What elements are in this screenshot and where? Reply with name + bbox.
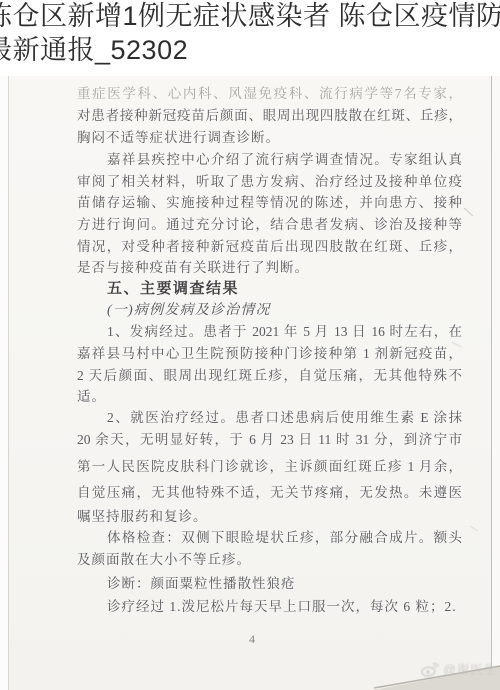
document-line: 是否与接种疫苗有关联进行了判断。 xyxy=(77,258,309,277)
page-number: 4 xyxy=(240,632,264,647)
document-line: 情况，对受种者接种新冠疫苗后出现四肢散在红斑、丘疹， xyxy=(77,237,462,256)
document-line: 嘱坚持服药和复诊。 xyxy=(77,507,208,526)
watermark-text: @谢医生 xyxy=(443,660,497,678)
document-line: 体格检查：双侧下眼睑堤状丘疹，部分融合成片。额头 xyxy=(107,528,462,547)
page-title-line1: 陈仓区新增1例无症状感染者 陈仓区疫情防控 xyxy=(0,0,500,32)
document-line: 自觉压痛，无其他特殊不适，无关节疼痛，无发热。未遵医 xyxy=(77,483,462,502)
document-line: 诊断：颜面粟粒性播散性狼疮 xyxy=(107,574,296,593)
document-line: 胸闷不适等症状进行调查诊断。 xyxy=(77,128,280,147)
document-line: 适。 xyxy=(77,387,106,406)
weibo-watermark: @谢医生 xyxy=(420,656,500,682)
page-title-line2: 最新通报_52302 xyxy=(0,34,188,66)
document-line: 嘉祥县疾控中心介绍了流行病学调查情况。专家组认真 xyxy=(107,150,462,169)
document-line: 重症医学科、心内科、风湿免疫科、流行病学等7名专家， xyxy=(77,84,462,103)
document-line: 五、主要调查结果 xyxy=(107,279,239,298)
document-line: 第一人民医院皮肤科门诊就诊，主诉颜面红斑丘疹 1 月余， xyxy=(77,457,462,476)
weibo-icon xyxy=(420,660,440,678)
document-line: 诊疗经过 1.泼尼松片每天早上口服一次，每次 6 粒；2. xyxy=(107,597,457,616)
document-line: 20 余天，无明显好转，于 6 月 23 日 11 时 31 分，到济宁市 xyxy=(77,430,462,449)
document-line: 苗储存运输、实施接种过程等情况的陈述，并向患方、接种 xyxy=(77,193,462,212)
document-line: 对患者接种新冠疫苗后颜面、眼周出现四肢散在红斑、丘疹， xyxy=(77,106,462,125)
document-line: 及颜面散在大小不等丘疹。 xyxy=(77,550,251,569)
document-line: 审阅了相关材料，听取了患方发病、治疗经过及接种单位疫 xyxy=(77,172,462,191)
document-line: (一)病例发病及诊治情况 xyxy=(107,301,271,320)
document-scan-image[interactable]: 重症医学科、心内科、风湿免疫科、流行病学等7名专家，对患者接种新冠疫苗后颜面、眼… xyxy=(0,76,500,690)
page-title: 陈仓区新增1例无症状感染者 陈仓区疫情防控 最新通报_52302 xyxy=(0,0,500,76)
document-line: 2 天后颜面、眼周出现红斑丘疹，自觉压痛，无其他特殊不 xyxy=(77,366,462,385)
document-line: 方进行询问。通过充分讨论，结合患者发病、诊治及接种等 xyxy=(77,215,462,234)
document-line: 1、发病经过。患者于 2021 年 5 月 13 日 16 时左右，在 xyxy=(107,322,462,341)
document-line: 嘉祥县马村中心卫生院预防接种门诊接种第 1 剂新冠疫苗， xyxy=(77,344,462,363)
document-line: 2、就医治疗经过。患者口述患病后使用维生素 E 涂抹 xyxy=(107,408,462,427)
